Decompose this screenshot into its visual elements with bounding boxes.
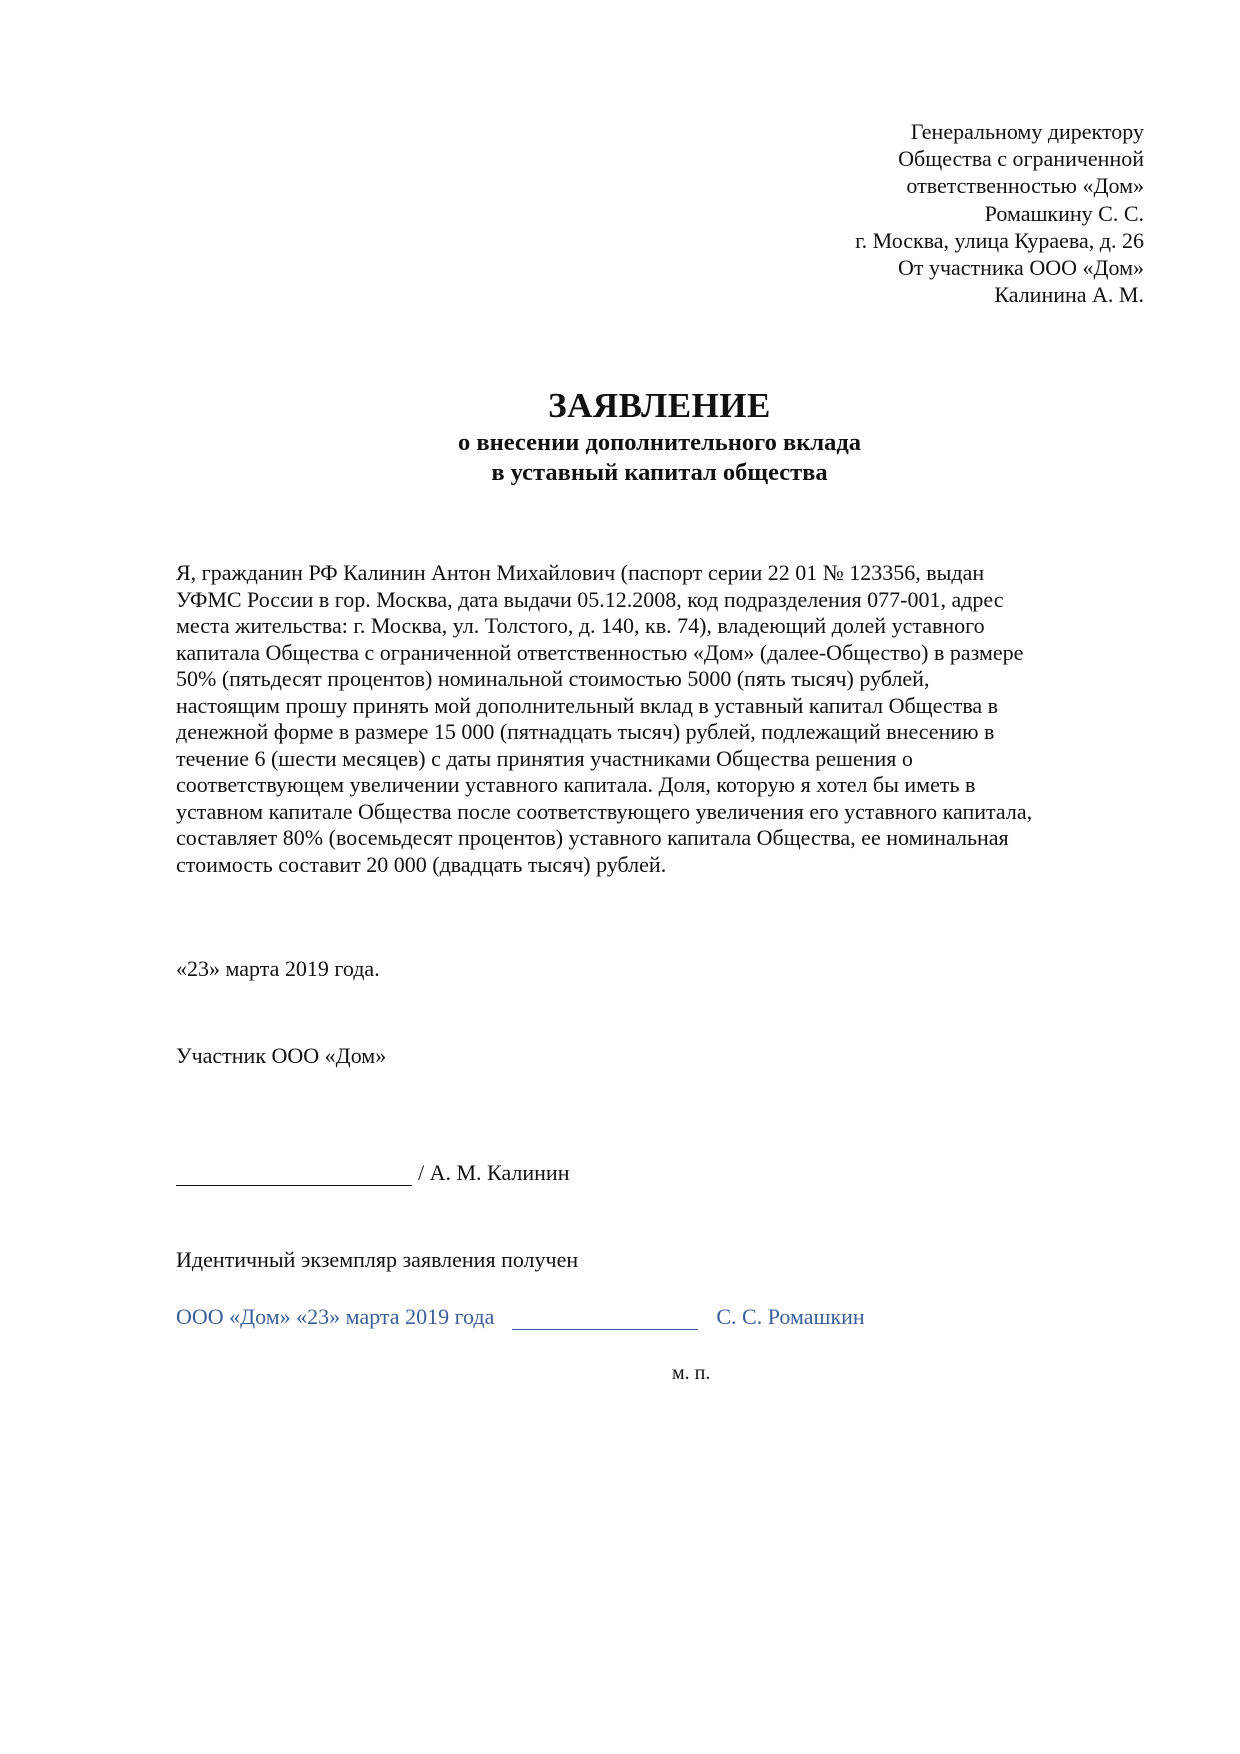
signature-line[interactable] <box>176 1161 412 1186</box>
body-line: соответствующем увеличении уставного кап… <box>176 772 1032 799</box>
body-line: капитала Общества с ограниченной ответст… <box>176 640 1032 667</box>
participant-label: Участник ООО «Дом» <box>176 1043 386 1069</box>
stamp-placeholder: м. п. <box>672 1362 710 1385</box>
addressee-line: Генеральному директору <box>855 118 1144 145</box>
statement-body: Я, гражданин РФ Калинин Антон Михайлович… <box>176 560 1032 878</box>
signature-row: / А. М. Калинин <box>176 1160 569 1186</box>
body-line: уставном капитале Общества после соответ… <box>176 799 1032 826</box>
body-line: стоимость составит 20 000 (двадцать тыся… <box>176 852 1032 879</box>
receipt-signer: С. С. Ромашкин <box>716 1304 864 1330</box>
addressee-line: Калинина А. М. <box>855 281 1144 308</box>
body-line: течение 6 (шести месяцев) с даты приняти… <box>176 746 1032 773</box>
document-subtitle-line2: в уставный капитал общества <box>0 458 1240 488</box>
received-label: Идентичный экземпляр заявления получен <box>176 1247 578 1273</box>
addressee-line: Общества с ограниченной <box>855 145 1144 172</box>
addressee-line: Ромашкину С. С. <box>855 200 1144 227</box>
body-line: места жительства: г. Москва, ул. Толстог… <box>176 613 1032 640</box>
body-line: денежной форме в размере 15 000 (пятнадц… <box>176 719 1032 746</box>
addressee-line: ответственностью «Дом» <box>855 172 1144 199</box>
document-subtitle-line1: о внесении дополнительного вклада <box>0 428 1240 458</box>
body-line: настоящим прошу принять мой дополнительн… <box>176 693 1032 720</box>
body-line: Я, гражданин РФ Калинин Антон Михайлович… <box>176 560 1032 587</box>
addressee-line: От участника ООО «Дом» <box>855 254 1144 281</box>
receipt-org-date: ООО «Дом» «23» марта 2019 года <box>176 1304 494 1330</box>
signer-name: / А. М. Калинин <box>418 1160 569 1186</box>
receipt-row: ООО «Дом» «23» марта 2019 года С. С. Ром… <box>176 1304 865 1330</box>
statement-date: «23» марта 2019 года. <box>176 956 380 982</box>
body-line: 50% (пятьдесят процентов) номинальной ст… <box>176 666 1032 693</box>
addressee-line: г. Москва, улица Кураева, д. 26 <box>855 227 1144 254</box>
body-line: составляет 80% (восемьдесят процентов) у… <box>176 825 1032 852</box>
document-title: ЗАЯВЛЕНИЕ <box>0 384 1240 428</box>
receipt-signature-line[interactable] <box>512 1307 698 1330</box>
addressee-block: Генеральному директору Общества с ограни… <box>855 118 1144 308</box>
document-page: Генеральному директору Общества с ограни… <box>0 0 1240 1754</box>
body-line: УФМС России в гор. Москва, дата выдачи 0… <box>176 587 1032 614</box>
document-heading: ЗАЯВЛЕНИЕ о внесении дополнительного вкл… <box>0 384 1240 488</box>
